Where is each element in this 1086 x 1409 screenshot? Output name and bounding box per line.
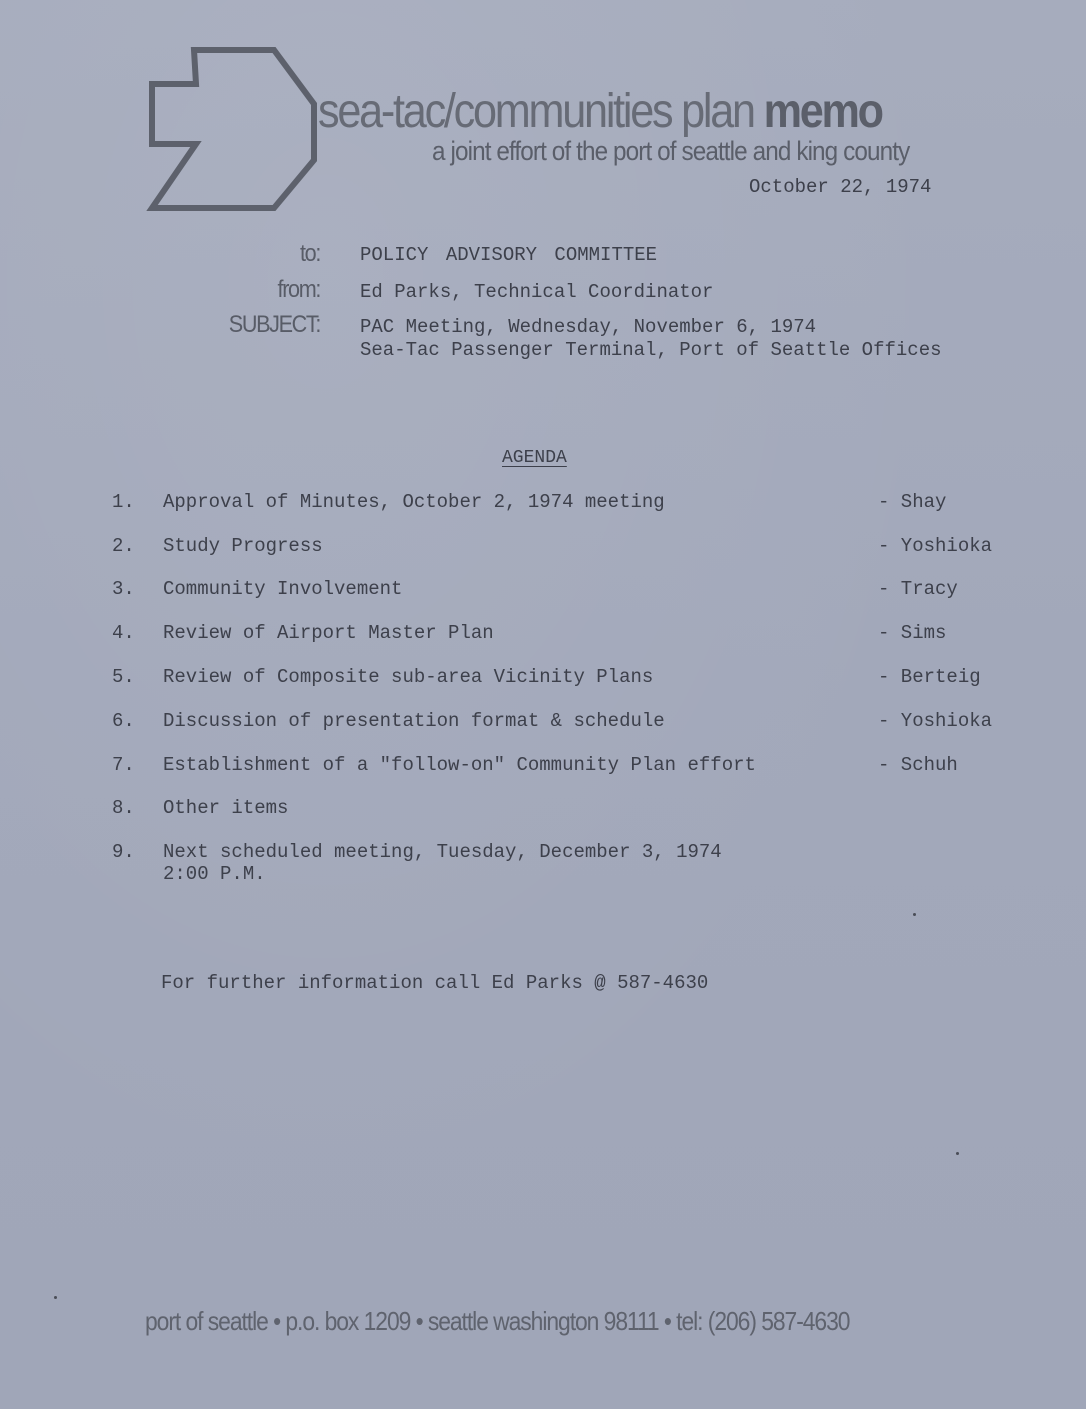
agenda-item-text: Study Progress (163, 535, 323, 557)
agenda-item-text: Review of Airport Master Plan (163, 622, 494, 644)
memo-date: October 22, 1974 (749, 176, 931, 198)
agenda-item-presenter: - Yoshioka (878, 535, 992, 557)
subject-line-2: Sea-Tac Passenger Terminal, Port of Seat… (360, 339, 942, 361)
paper-speck (54, 1296, 57, 1299)
subject-label: SUBJECT: (194, 311, 320, 339)
agenda-item-presenter: - Schuh (878, 754, 958, 776)
from-label: from: (194, 276, 320, 304)
outlined-arrow-chevron-icon (146, 44, 321, 214)
agenda-item-text-line-2: 2:00 P.M. (163, 863, 266, 885)
agenda-item-presenter: - Yoshioka (878, 710, 992, 732)
masthead-title-bold: memo (764, 85, 882, 138)
agenda-item-number: 5. (112, 666, 135, 688)
agenda-title: AGENDA (502, 448, 567, 468)
agenda-item-number: 6. (112, 710, 135, 732)
agenda-item-presenter: - Berteig (878, 666, 981, 688)
agenda-item-text: Community Involvement (163, 578, 402, 600)
agenda-item-text: Other items (163, 797, 288, 819)
agenda-item-number: 1. (112, 491, 135, 513)
agenda-item-text: Review of Composite sub-area Vicinity Pl… (163, 666, 653, 688)
agenda-item-presenter: - Sims (878, 622, 946, 644)
from-value: Ed Parks, Technical Coordinator (360, 281, 713, 303)
to-value: POLICY ADVISORY COMMITTEE (360, 244, 657, 266)
masthead-subtitle: a joint effort of the port of seattle an… (432, 136, 909, 167)
masthead-title: sea-tac/communities plan memo (318, 84, 882, 139)
paper-speck (913, 913, 916, 916)
to-label: to: (194, 240, 320, 268)
agenda-item-number: 4. (112, 622, 135, 644)
agenda-item-number: 7. (112, 754, 135, 776)
agenda-item-presenter: - Shay (878, 491, 946, 513)
subject-line-1: PAC Meeting, Wednesday, November 6, 1974 (360, 316, 816, 338)
masthead-title-regular: sea-tac/communities plan (318, 85, 764, 138)
memo-page: sea-tac/communities plan memo a joint ef… (0, 0, 1086, 1409)
agenda-item-text: Discussion of presentation format & sche… (163, 710, 665, 732)
paper-speck (956, 1152, 959, 1155)
agenda-item-text: Next scheduled meeting, Tuesday, Decembe… (163, 841, 722, 863)
letterhead-footer: port of seattle • p.o. box 1209 • seattl… (145, 1306, 849, 1337)
agenda-item-number: 9. (112, 841, 135, 863)
contact-line: For further information call Ed Parks @ … (161, 972, 708, 994)
agenda-item-number: 2. (112, 535, 135, 557)
agenda-item-text: Approval of Minutes, October 2, 1974 mee… (163, 491, 665, 513)
agenda-item-presenter: - Tracy (878, 578, 958, 600)
agenda-item-number: 8. (112, 797, 135, 819)
agenda-item-text: Establishment of a "follow-on" Community… (163, 754, 756, 776)
agenda-item-number: 3. (112, 578, 135, 600)
